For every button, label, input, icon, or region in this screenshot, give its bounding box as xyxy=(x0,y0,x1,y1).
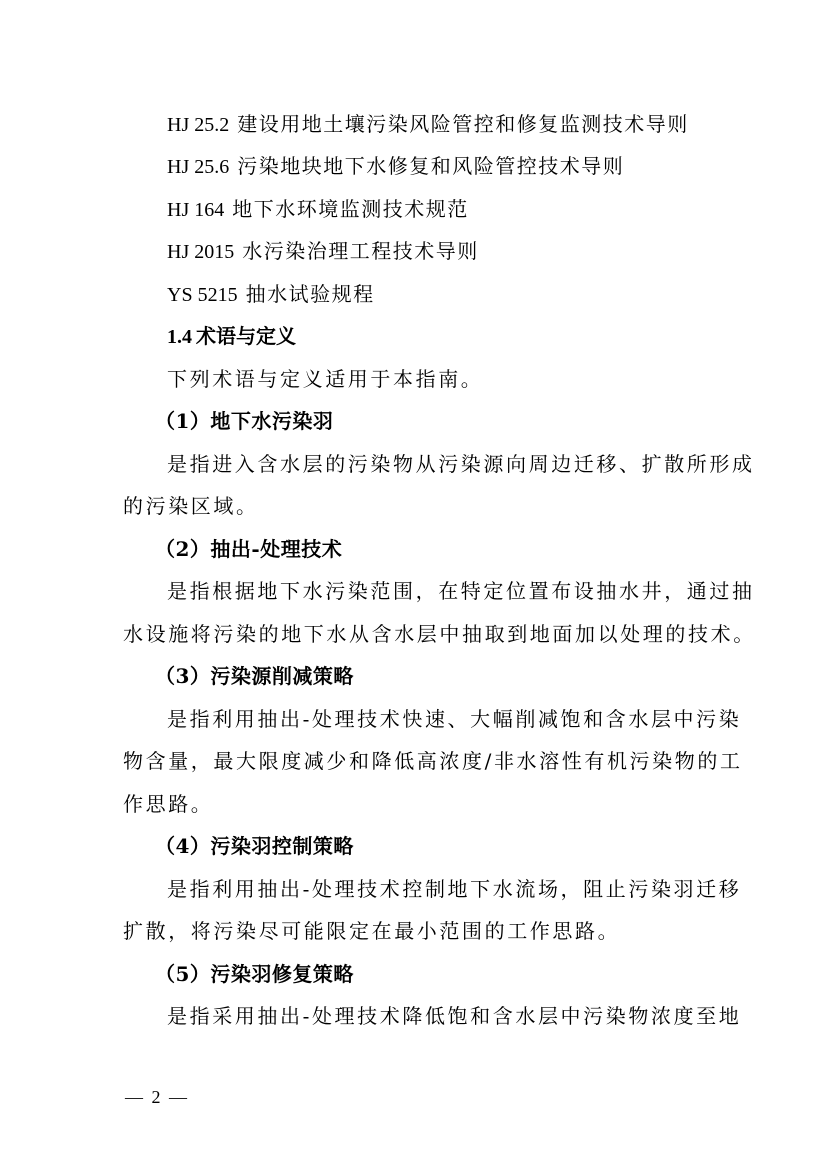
term-heading: （2）抽出-处理技术 xyxy=(155,535,342,563)
reference-title: 地下水环境监测技术规范 xyxy=(232,197,469,221)
term-definition-line: 是指采用抽出-处理技术降低饱和含水层中污染物浓度至地 xyxy=(167,1002,741,1030)
page-number: — 2 — xyxy=(125,1085,189,1109)
term-definition-line: 水设施将污染的地下水从含水层中抽取到地面加以处理的技术。 xyxy=(123,620,756,648)
term-definition-line: 物含量，最大限度减少和降低高浓度/非水溶性有机污染物的工 xyxy=(123,747,743,775)
term-heading: （5）污染羽修复策略 xyxy=(155,960,354,988)
reference-title: 建设用地土壤污染风险管控和修复监测技术导则 xyxy=(237,112,689,136)
reference-item: HJ 25.2建设用地土壤污染风险管控和修复监测技术导则 xyxy=(167,110,689,139)
reference-title: 水污染治理工程技术导则 xyxy=(242,239,479,263)
reference-item: HJ 2015水污染治理工程技术导则 xyxy=(167,237,479,266)
section-number: 1.4 xyxy=(167,326,192,348)
reference-code: HJ 25.2 xyxy=(167,114,229,136)
reference-item: HJ 164地下水环境监测技术规范 xyxy=(167,195,469,224)
reference-code: YS 5215 xyxy=(167,284,238,306)
reference-code: HJ 164 xyxy=(167,199,224,221)
term-definition-line: 是指利用抽出-处理技术控制地下水流场，阻止污染羽迁移 xyxy=(167,875,741,903)
reference-code: HJ 25.6 xyxy=(167,156,229,178)
reference-code: HJ 2015 xyxy=(167,241,234,263)
section-title: 术语与定义 xyxy=(196,324,296,348)
term-definition-line: 是指利用抽出-处理技术快速、大幅削减饱和含水层中污染 xyxy=(167,705,741,733)
term-definition-line: 作思路。 xyxy=(123,790,213,818)
reference-item: YS 5215抽水试验规程 xyxy=(167,280,375,309)
term-definition-line: 的污染区域。 xyxy=(123,492,259,520)
term-heading: （4）污染羽控制策略 xyxy=(155,832,354,860)
document-page: HJ 25.2建设用地土壤污染风险管控和修复监测技术导则 HJ 25.6污染地块… xyxy=(0,0,826,1169)
term-definition-line: 扩散，将污染尽可能限定在最小范围的工作思路。 xyxy=(123,917,620,945)
reference-title: 抽水试验规程 xyxy=(246,282,375,306)
section-heading: 1.4术语与定义 xyxy=(167,322,296,351)
reference-item: HJ 25.6污染地块地下水修复和风险管控技术导则 xyxy=(167,152,624,181)
term-definition-line: 是指根据地下水污染范围，在特定位置布设抽水井，通过抽 xyxy=(167,577,755,605)
term-heading: （1）地下水污染羽 xyxy=(155,407,333,435)
section-intro: 下列术语与定义适用于本指南。 xyxy=(167,365,483,393)
term-heading: （3）污染源削减策略 xyxy=(155,662,354,690)
reference-title: 污染地块地下水修复和风险管控技术导则 xyxy=(237,154,624,178)
term-definition-line: 是指进入含水层的污染物从污染源向周边迁移、扩散所形成 xyxy=(167,450,755,478)
